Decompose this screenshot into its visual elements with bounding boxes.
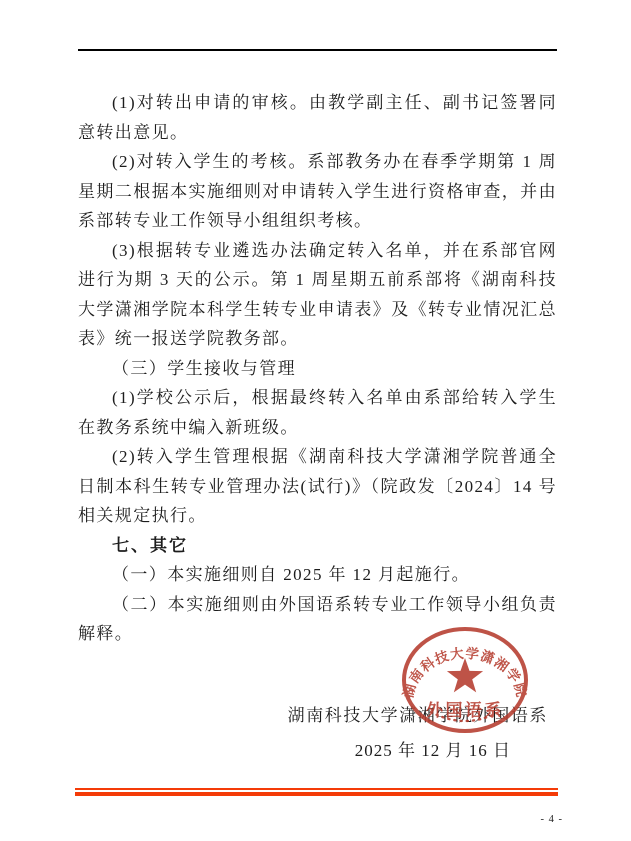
page-number: - 4 - (541, 814, 564, 825)
paragraph: （一）本实施细则自 2025 年 12 月起施行。 (78, 560, 557, 590)
paragraph: (2)转入学生管理根据《湖南科技大学潇湘学院普通全日制本科生转专业管理办法(试行… (78, 442, 557, 531)
document-page: (1)对转出申请的审核。由教学副主任、副书记签署同意转出意见。 (2)对转入学生… (0, 0, 631, 841)
signature-date: 2025 年 12 月 16 日 (355, 736, 511, 761)
document-body: (1)对转出申请的审核。由教学副主任、副书记签署同意转出意见。 (2)对转入学生… (78, 88, 557, 649)
subsection-heading: （三）学生接收与管理 (78, 354, 557, 384)
official-seal-stamp: 湖南科技大学潇湘学院 外国语系 (401, 626, 535, 736)
stamp-star-icon (447, 658, 483, 692)
paragraph: (1)学校公示后，根据最终转入名单由系部给转入学生在教务系统中编入新班级。 (78, 383, 557, 442)
paragraph: (1)对转出申请的审核。由教学副主任、副书记签署同意转出意见。 (78, 88, 557, 147)
footer-accent-rule (75, 788, 558, 796)
header-rule (78, 49, 557, 51)
paragraph: (2)对转入学生的考核。系部教务办在春季学期第 1 周星期二根据本实施细则对申请… (78, 147, 557, 236)
stamp-center-text: 外国语系 (426, 700, 504, 720)
section-heading: 七、其它 (78, 531, 557, 561)
paragraph: (3)根据转专业遴选办法确定转入名单，并在系部官网进行为期 3 天的公示。第 1… (78, 236, 557, 354)
